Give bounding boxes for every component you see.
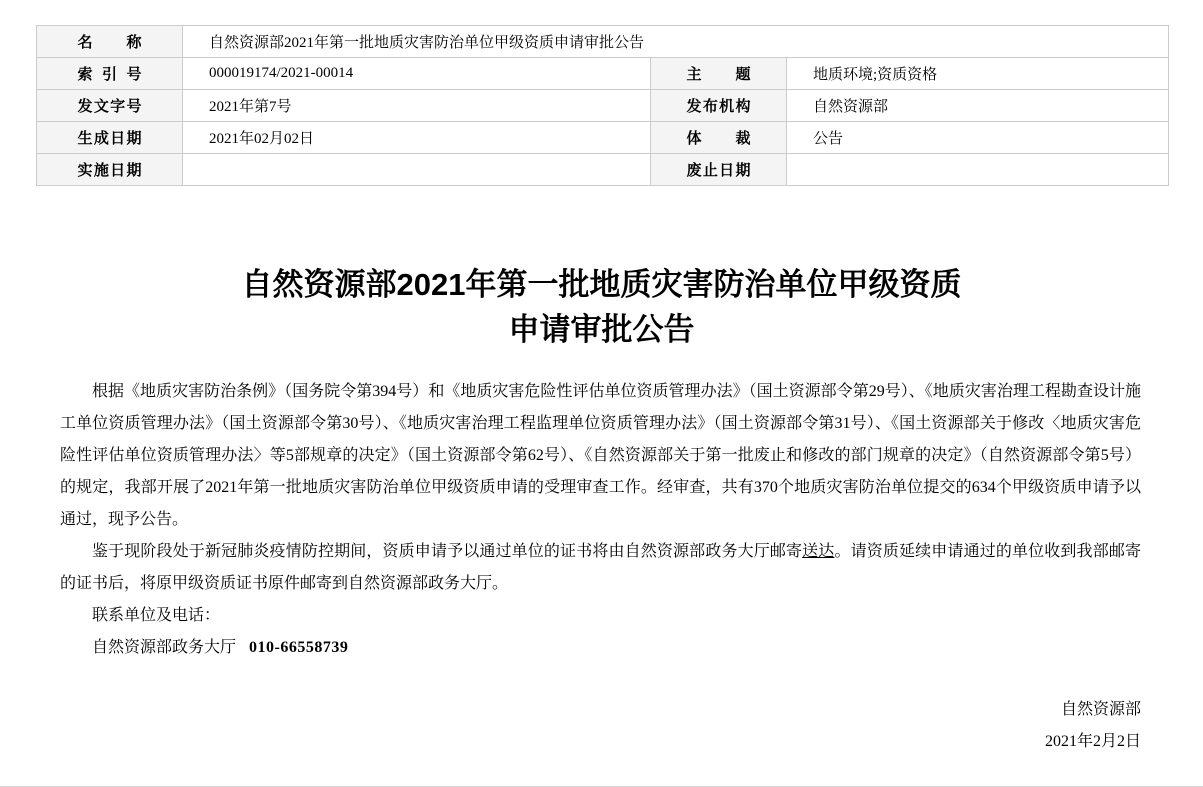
meta-label-name-text: 名称	[78, 31, 142, 52]
meta-label-genre-text: 体裁	[687, 127, 751, 148]
contact-phone-number: 010-66558739	[249, 639, 348, 656]
meta-value-issuing-agency: 自然资源部	[787, 90, 1169, 122]
paragraph-delivery: 鉴于现阶段处于新冠肺炎疫情防控期间，资质申请予以通过单位的证书将由自然资源部政务…	[60, 536, 1141, 600]
meta-label-effective-date-text: 实施日期	[78, 159, 142, 180]
page-title: 自然资源部2021年第一批地质灾害防治单位甲级资质 申请审批公告	[0, 262, 1203, 352]
meta-value-genre: 公告	[787, 122, 1169, 154]
contact-line: 自然资源部政务大厅010-66558739	[60, 632, 1141, 664]
meta-label-index-number-text: 索引号	[78, 63, 142, 84]
meta-row-effective-date: 实施日期 废止日期	[37, 154, 1169, 186]
meta-label-doc-number-text: 发文字号	[78, 95, 142, 116]
meta-label-effective-date: 实施日期	[37, 154, 183, 186]
meta-row-create-date: 生成日期 2021年02月02日 体裁 公告	[37, 122, 1169, 154]
meta-label-create-date-text: 生成日期	[78, 127, 142, 148]
meta-value-create-date: 2021年02月02日	[183, 122, 651, 154]
meta-row-name: 名称 自然资源部2021年第一批地质灾害防治单位甲级资质申请审批公告	[37, 26, 1169, 58]
paragraph-basis: 根据《地质灾害防治条例》（国务院令第394号）和《地质灾害危险性评估单位资质管理…	[60, 376, 1141, 536]
meta-label-doc-number: 发文字号	[37, 90, 183, 122]
signature-block: 自然资源部 2021年2月2日	[60, 694, 1141, 758]
document-meta-table: 名称 自然资源部2021年第一批地质灾害防治单位甲级资质申请审批公告 索引号 0…	[36, 25, 1169, 186]
meta-label-repeal-date-text: 废止日期	[687, 159, 751, 180]
contact-org: 自然资源部政务大厅	[92, 639, 236, 656]
meta-value-subject: 地质环境;资质资格	[787, 58, 1169, 90]
meta-label-issuing-agency: 发布机构	[651, 90, 787, 122]
signature-date: 2021年2月2日	[60, 726, 1141, 758]
meta-row-index: 索引号 000019174/2021-00014 主题 地质环境;资质资格	[37, 58, 1169, 90]
meta-label-name: 名称	[37, 26, 183, 58]
meta-row-doc-number: 发文字号 2021年第7号 发布机构 自然资源部	[37, 90, 1169, 122]
meta-value-index-number: 000019174/2021-00014	[183, 58, 651, 90]
meta-label-subject: 主题	[651, 58, 787, 90]
meta-label-index-number: 索引号	[37, 58, 183, 90]
meta-value-effective-date	[183, 154, 651, 186]
page-title-line1: 自然资源部2021年第一批地质灾害防治单位甲级资质	[0, 262, 1203, 307]
paragraph-delivery-underlined-text: 送达	[802, 543, 834, 560]
meta-label-genre: 体裁	[651, 122, 787, 154]
signature-organization: 自然资源部	[60, 694, 1141, 726]
meta-label-issuing-agency-text: 发布机构	[687, 95, 751, 116]
meta-value-doc-number: 2021年第7号	[183, 90, 651, 122]
meta-value-repeal-date	[787, 154, 1169, 186]
document-body: 根据《地质灾害防治条例》（国务院令第394号）和《地质灾害危险性评估单位资质管理…	[60, 376, 1141, 758]
contact-heading: 联系单位及电话：	[60, 600, 1141, 632]
meta-label-subject-text: 主题	[687, 63, 751, 84]
meta-value-name: 自然资源部2021年第一批地质灾害防治单位甲级资质申请审批公告	[183, 26, 1169, 58]
page-title-line2: 申请审批公告	[0, 307, 1203, 352]
paragraph-delivery-text-before: 鉴于现阶段处于新冠肺炎疫情防控期间，资质申请予以通过单位的证书将由自然资源部政务…	[92, 543, 802, 560]
announcement-page: { "info_table": { "rows": [ { "label": "…	[0, 0, 1203, 787]
meta-label-repeal-date: 废止日期	[651, 154, 787, 186]
meta-label-create-date: 生成日期	[37, 122, 183, 154]
